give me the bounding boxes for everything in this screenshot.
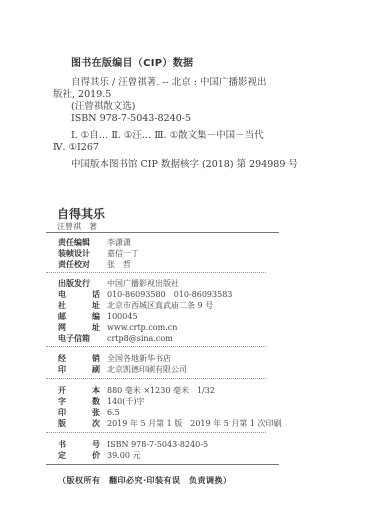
field-label: 社址 (58, 301, 100, 311)
field-value: 北京凯德印刷有限公司 (107, 365, 187, 375)
field-label: 责任校对 (58, 260, 100, 270)
divider-dotted-1 (46, 272, 266, 273)
sheets-row: 印张 6.5 (58, 408, 120, 418)
field-label: 版次 (58, 419, 100, 429)
field-value: 140(千)字 (107, 397, 145, 407)
word-count-row: 字数 140(千)字 (58, 397, 145, 407)
phone-row: 电话 010-86093580 010-86093583 (58, 290, 232, 300)
field-value: 中国广播影视出版社 (107, 279, 179, 289)
field-label: 出版发行 (58, 279, 100, 289)
cip-classification-2: Ⅳ. ①I267 (53, 142, 99, 154)
cip-entry-line-2: 版社, 2019.5 (53, 89, 111, 101)
field-label: 责任编辑 (58, 238, 100, 248)
website-row: 网址 www.crtp.com.cn (58, 323, 177, 333)
publisher-row: 出版发行 中国广播影视出版社 (58, 279, 179, 289)
field-value: 010-86093580 010-86093583 (107, 290, 232, 300)
field-value: 2019 年 5 月第 1 版 2019 年 5 月第 1 次印刷 (107, 419, 282, 429)
divider-dotted-2 (46, 346, 266, 347)
cip-isbn: ISBN 978-7-5043-8240-5 (71, 113, 191, 125)
distributor-row: 经销 全国各地新华书店 (58, 354, 171, 364)
email-row: 电子信箱 crtp8@sina.com (58, 334, 173, 344)
field-value: 100045 (107, 312, 138, 322)
book-author: 汪曾祺 著 (57, 221, 97, 232)
field-label: 印张 (58, 408, 100, 418)
field-value: 北京市西城区真武庙二条 9 号 (107, 301, 213, 311)
field-label: 邮编 (58, 312, 100, 322)
format-row: 开本 880 毫米 ×1230 毫米 1/32 (58, 386, 215, 396)
field-value: 张 哲 (107, 260, 131, 270)
isbn-row: 书号 ISBN 978-7-5043-8240-5 (58, 440, 208, 450)
printer-row: 印刷 北京凯德印刷有限公司 (58, 365, 187, 375)
cip-heading: 图书在版编目（CIP）数据 (71, 54, 193, 69)
edition-row: 版次 2019 年 5 月第 1 版 2019 年 5 月第 1 次印刷 (58, 419, 282, 429)
divider-solid-bottom (46, 464, 279, 465)
field-label: 开本 (58, 386, 100, 396)
field-label: 网址 (58, 323, 100, 333)
field-value: 39.00 元 (107, 451, 140, 461)
website-link[interactable]: www.crtp.com.cn (107, 323, 177, 333)
copyright-notice: （版权所有 翻印必究·印装有误 负责调换） (58, 475, 232, 486)
field-value: 李潇潇 (107, 238, 131, 248)
field-label: 字数 (58, 397, 100, 407)
cip-library-record: 中国版本图书馆 CIP 数据核字 (2018) 第 294989 号 (71, 159, 298, 171)
postcode-row: 邮编 100045 (58, 312, 138, 322)
staff-row-designer: 装帧设计 嘉信一丁 (58, 249, 139, 259)
field-label: 经销 (58, 354, 100, 364)
divider-solid-top (46, 232, 279, 233)
cip-series: (汪曾祺散文选) (71, 101, 135, 113)
address-row: 社址 北京市西城区真武庙二条 9 号 (58, 301, 213, 311)
price-row: 定价 39.00 元 (58, 451, 140, 461)
field-value: 全国各地新华书店 (107, 354, 171, 364)
staff-row-proofreader: 责任校对 张 哲 (58, 260, 131, 270)
field-label: 定价 (58, 451, 100, 461)
staff-row-editor: 责任编辑 李潇潇 (58, 238, 131, 248)
divider-dotted-3 (46, 378, 266, 379)
field-value: 嘉信一丁 (107, 249, 139, 259)
field-value: ISBN 978-7-5043-8240-5 (107, 440, 208, 450)
cip-classification-1: Ⅰ. ①自… Ⅱ. ①汪… Ⅲ. ①散文集－中国－当代 (71, 130, 264, 142)
field-label: 电子信箱 (58, 334, 100, 344)
book-title: 自得其乐 (57, 205, 105, 222)
field-label: 装帧设计 (58, 249, 100, 259)
field-label: 书号 (58, 440, 100, 450)
email-link[interactable]: crtp8@sina.com (107, 334, 173, 344)
field-value: 880 毫米 ×1230 毫米 1/32 (107, 386, 215, 396)
field-label: 印刷 (58, 365, 100, 375)
field-value: 6.5 (107, 408, 120, 418)
cip-entry-line-1: 自得其乐 / 汪曾祺著. -- 北京 : 中国广播影视出 (71, 77, 266, 89)
field-label: 电话 (58, 290, 100, 300)
divider-dotted-4 (46, 432, 266, 433)
